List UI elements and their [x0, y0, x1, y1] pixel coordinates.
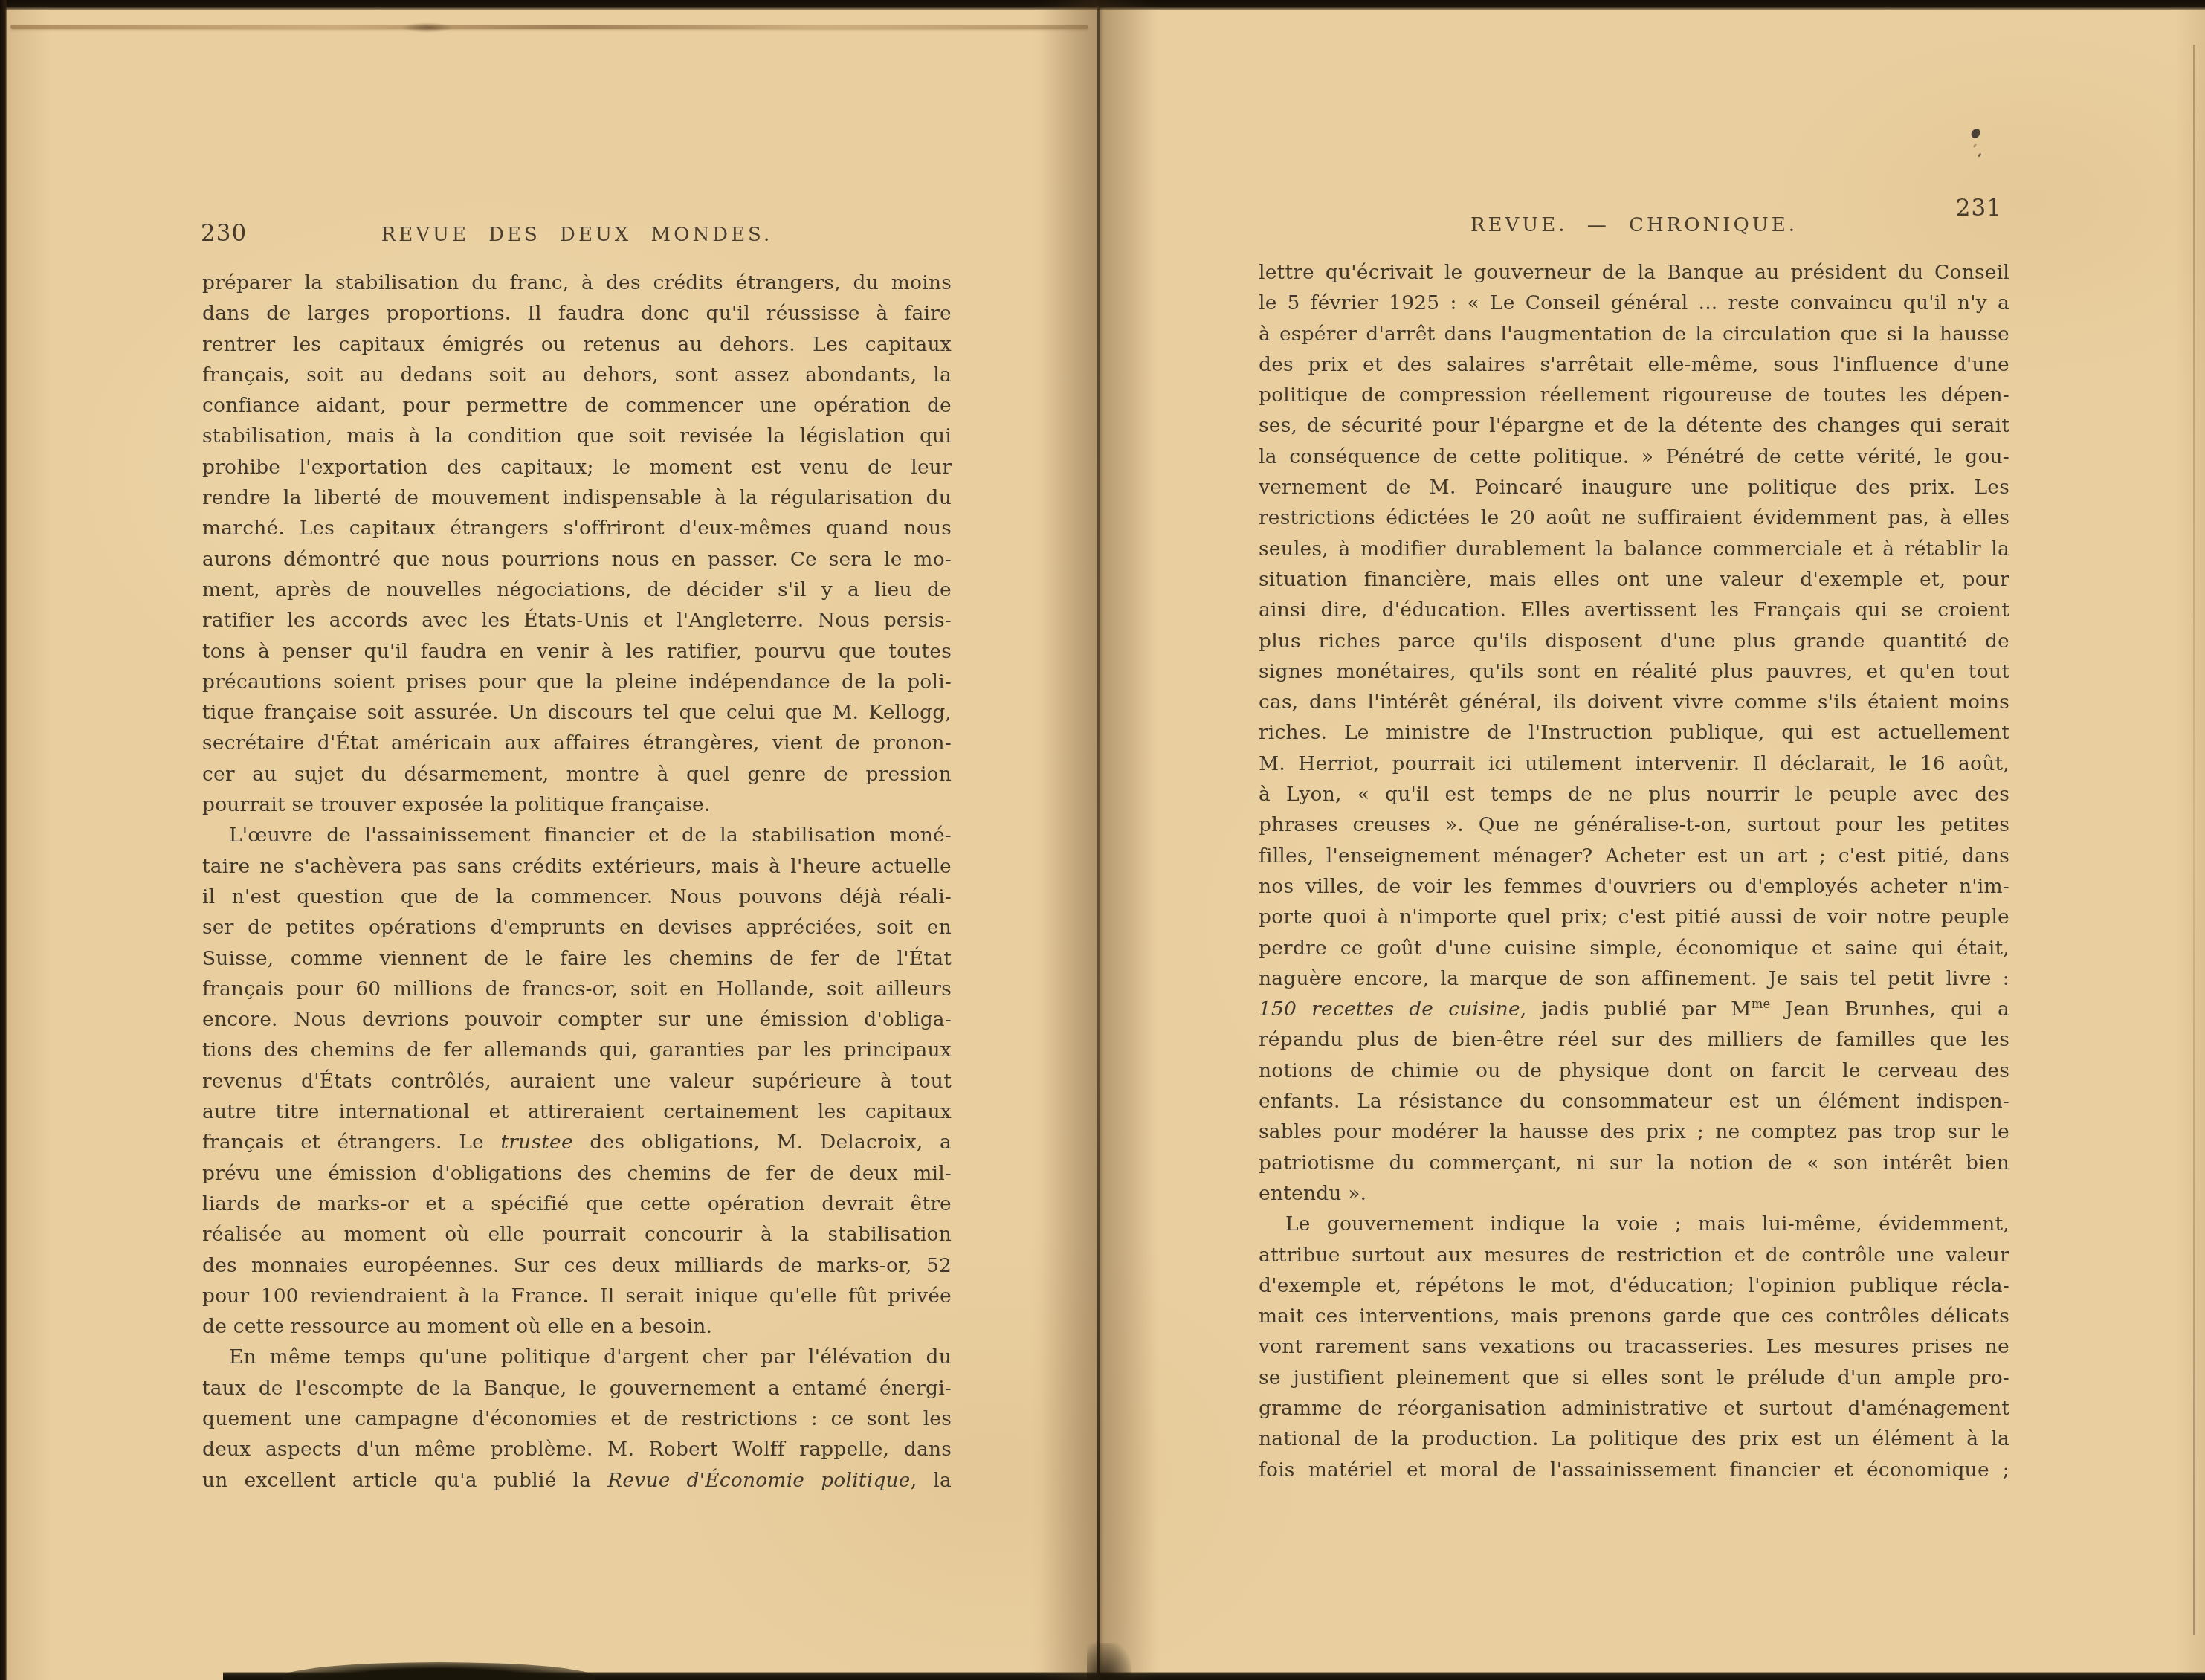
text-line: 150 recettes de cuisine, jadis publié pa… — [1259, 994, 2009, 1024]
text-line: le 5 février 1925 : « Le Conseil général… — [1259, 288, 2009, 318]
text-line: nos villes, de voir les femmes d'ouvrier… — [1259, 871, 2009, 902]
text-line: encore. Nous devrions pouvoir compter su… — [202, 1004, 952, 1035]
right-page-text: lettre qu'écrivait le gouverneur de la B… — [1259, 257, 2009, 1485]
text-line: des monnaies européennes. Sur ces deux m… — [202, 1250, 952, 1281]
text-line: plus riches parce qu'ils disposent d'une… — [1259, 626, 2009, 656]
text-line: national de la production. La politique … — [1259, 1424, 2009, 1454]
text-line: restrictions édictées le 20 août ne suff… — [1259, 503, 2009, 533]
book-spread-scan: 230 REVUE DES DEUX MONDES. REVUE. — CHRO… — [0, 0, 2205, 1680]
text-line: lettre qu'écrivait le gouverneur de la B… — [1259, 257, 2009, 288]
aged-stain-smudge — [401, 22, 453, 33]
text-line: entendu ». — [1259, 1178, 2009, 1209]
text-line: à Lyon, « qu'il est temps de ne plus nou… — [1259, 779, 2009, 810]
text-line: patriotisme du commerçant, ni sur la not… — [1259, 1148, 2009, 1178]
text-line: pour 100 reviendraient à la France. Il s… — [202, 1281, 952, 1311]
text-line: français et étrangers. Le trustee des ob… — [202, 1127, 952, 1157]
text-line: vont rarement sans vexations ou tracasse… — [1259, 1331, 2009, 1362]
text-line: tique française soit assurée. Un discour… — [202, 697, 952, 728]
text-line: précautions soient prises pour que la pl… — [202, 667, 952, 697]
gutter-line — [1097, 6, 1100, 1680]
text-line: stabilisation, mais à la condition que s… — [202, 421, 952, 451]
text-line: vernement de M. Poincaré inaugure une po… — [1259, 472, 2009, 503]
text-line: cas, dans l'intérêt général, ils doivent… — [1259, 687, 2009, 717]
text-line: liards de marks-or et a spécifié que cet… — [202, 1189, 952, 1219]
text-line: taire ne s'achèvera pas sans crédits ext… — [202, 851, 952, 882]
text-line: prévu une émission d'obligations des che… — [202, 1158, 952, 1189]
text-line: réalisée au moment où elle pourrait conc… — [202, 1219, 952, 1250]
text-line: préparer la stabilisation du franc, à de… — [202, 268, 952, 298]
text-line: L'œuvre de l'assainissement financier et… — [202, 820, 952, 850]
text-line: quement une campagne d'économies et de r… — [202, 1403, 952, 1434]
text-line: signes monétaires, qu'ils sont en réalit… — [1259, 656, 2009, 687]
text-line: situation financière, mais elles ont une… — [1259, 564, 2009, 595]
text-line: filles, l'enseignement ménager? Acheter … — [1259, 841, 2009, 871]
text-line: confiance aidant, pour permettre de comm… — [202, 390, 952, 421]
text-line: aurons démontré que nous pourrions nous … — [202, 544, 952, 575]
text-line: ratifier les accords avec les États-Unis… — [202, 605, 952, 636]
text-line: riches. Le ministre de l'Instruction pub… — [1259, 717, 2009, 748]
text-line: dans de larges proportions. Il faudra do… — [202, 298, 952, 329]
text-line: marché. Les capitaux étrangers s'offriro… — [202, 513, 952, 543]
text-line: pourrait se trouver exposée la politique… — [202, 789, 952, 820]
text-line: ses, de sécurité pour l'épargne et de la… — [1259, 410, 2009, 441]
text-line: français, soit au dedans soit au dehors,… — [202, 360, 952, 390]
text-line: il n'est question que de la commencer. N… — [202, 882, 952, 912]
text-line: phrases creuses ». Que ne généralise-t-o… — [1259, 810, 2009, 840]
text-line: de cette ressource au moment où elle en … — [202, 1311, 952, 1342]
text-line: se justifient pleinement que si elles so… — [1259, 1363, 2009, 1393]
text-line: prohibe l'exportation des capitaux; le m… — [202, 452, 952, 482]
text-line: fois matériel et moral de l'assainisseme… — [1259, 1455, 2009, 1485]
text-line: sables pour modérer la hausse des prix ;… — [1259, 1117, 2009, 1147]
text-line: enfants. La résistance du consommateur e… — [1259, 1086, 2009, 1117]
text-line: à espérer d'arrêt dans l'augmentation de… — [1259, 319, 2009, 349]
text-line: répandu plus de bien-être réel sur des m… — [1259, 1024, 2009, 1055]
text-line: attribue surtout aux mesures de restrict… — [1259, 1240, 2009, 1270]
gutter-foot-shadow — [1087, 1643, 1131, 1680]
text-line: la conséquence de cette politique. » Pén… — [1259, 442, 2009, 472]
text-line: cer au sujet du désarmement, montre à qu… — [202, 759, 952, 789]
text-line: français pour 60 millions de francs-or, … — [202, 974, 952, 1004]
left-running-header: REVUE DES DEUX MONDES. — [202, 224, 952, 246]
text-line: tons à penser qu'il faudra en venir à le… — [202, 636, 952, 667]
text-line: perdre ce goût d'une cuisine simple, éco… — [1259, 933, 2009, 963]
text-line: ser de petites opérations d'emprunts en … — [202, 912, 952, 943]
text-line: un excellent article qu'a publié la Revu… — [202, 1465, 952, 1496]
text-line: M. Herriot, pourrait ici utilement inter… — [1259, 749, 2009, 779]
aged-stain-line — [10, 25, 1088, 29]
text-line: autre titre international et attireraien… — [202, 1096, 952, 1127]
text-line: rentrer les capitaux émigrés ou retenus … — [202, 329, 952, 360]
text-line: En même temps qu'une politique d'argent … — [202, 1342, 952, 1372]
text-line: naguère encore, la marque de son affinem… — [1259, 963, 2009, 994]
book-left-edge — [0, 0, 7, 1680]
text-line: tions des chemins de fer allemands qui, … — [202, 1035, 952, 1065]
text-line: politique de compression réellement rigo… — [1259, 380, 2009, 410]
text-line: gramme de réorganisation administrative … — [1259, 1393, 2009, 1424]
text-line: deux aspects d'un même problème. M. Robe… — [202, 1434, 952, 1464]
text-line: secrétaire d'État américain aux affaires… — [202, 728, 952, 758]
text-line: rendre la liberté de mouvement indispens… — [202, 482, 952, 513]
right-page-number: 231 — [1259, 195, 2002, 222]
page-right-crease — [2193, 45, 2195, 1635]
text-line: porte quoi à n'importe quel prix; c'est … — [1259, 902, 2009, 932]
left-page-text: préparer la stabilisation du franc, à de… — [202, 268, 952, 1496]
text-line: d'exemple et, répétons le mot, d'éducati… — [1259, 1270, 2009, 1301]
text-line: notions de chimie ou de physique dont on… — [1259, 1056, 2009, 1086]
text-line: mait ces interventions, mais prenons gar… — [1259, 1301, 2009, 1331]
text-line: revenus d'États contrôlés, auraient une … — [202, 1066, 952, 1096]
text-line: seules, à modifier durablement la balanc… — [1259, 534, 2009, 564]
text-line: ainsi dire, d'éducation. Elles avertisse… — [1259, 595, 2009, 625]
text-line: Le gouvernement indique la voie ; mais l… — [1259, 1209, 2009, 1239]
text-line: ment, après de nouvelles négociations, d… — [202, 575, 952, 605]
text-line: Suisse, comme viennent de le faire les c… — [202, 943, 952, 974]
text-line: taux de l'escompte de la Banque, le gouv… — [202, 1373, 952, 1403]
text-line: des prix et des salaires s'arrêtait elle… — [1259, 349, 2009, 380]
